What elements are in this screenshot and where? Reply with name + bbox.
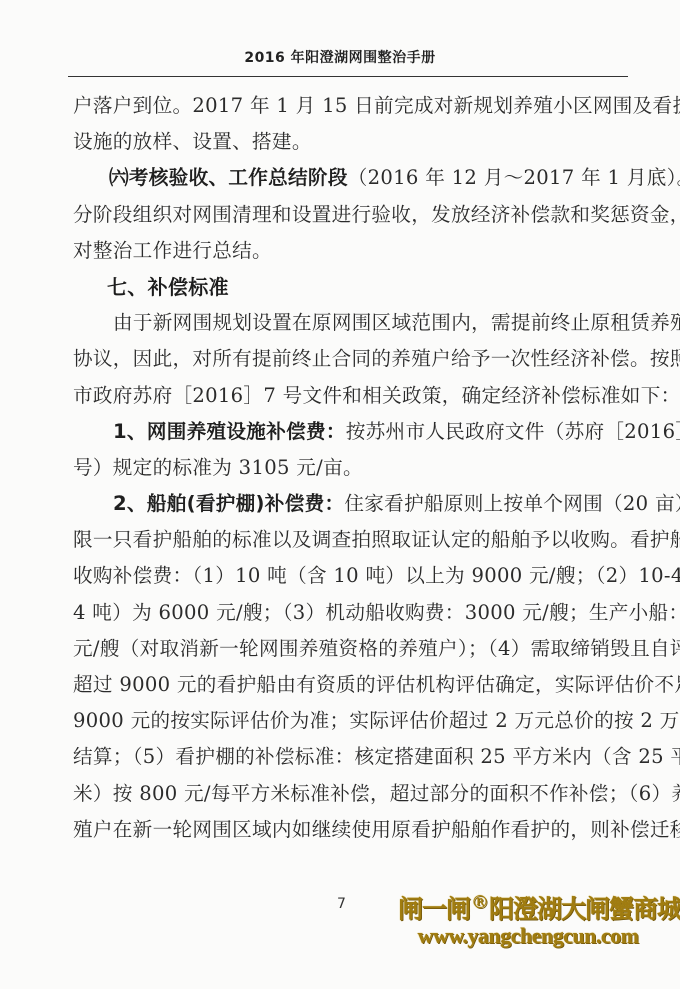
page-header-title: 2016 年阳澄湖网围整治手册 [0,47,680,67]
paragraph-line: 限一只看护船舶的标准以及调查拍照取证认定的船舶予以收购。看护船 [73,522,625,558]
line-text: 设施的放样、设置、搭建。 [73,130,312,153]
paragraph-line: 号）规定的标准为 3105 元/亩。 [73,450,625,486]
line-text: 限一只看护船舶的标准以及调查拍照取证认定的船舶予以收购。看护船 [73,528,680,551]
line-text: 4 吨）为 6000 元/艘；（3）机动船收购费：3000 元/艘；生产小船：2… [73,601,680,624]
line-text: 住家看护船原则上按单个网围（20 亩） [344,492,680,515]
watermark-brand-left: 闸一闸 [398,894,470,923]
line-text: 由于新网围规划设置在原网围区域范围内，需提前终止原租赁养殖 [113,311,680,334]
watermark-logo: 闸一闸®阳澄湖大闸蟹商城 www.yangchengcun.com [398,888,658,948]
line-text: 号）规定的标准为 3105 元/亩。 [73,456,363,479]
item-one-title: 1、网围养殖设施补偿费： [113,420,346,443]
line-text: （2016 年 12 月～2017 年 1 月底）。 [348,166,680,189]
paragraph-line: 殖户在新一轮网围区域内如继续使用原看护船舶作看护的，则补偿迁移 [73,812,625,848]
section-stage-six: ㈥考核验收、工作总结阶段（2016 年 12 月～2017 年 1 月底）。 [73,160,625,196]
section-heading-compensation: 七、补偿标准 [73,269,625,305]
paragraph-line: 超过 9000 元的看护船由有资质的评估机构评估确定，实际评估价不足 [73,667,625,703]
document-body: 户落户到位。2017 年 1 月 15 日前完成对新规划养殖小区网围及看护等 设… [73,88,625,848]
line-text: 分阶段组织对网围清理和设置进行验收，发放经济补偿款和奖惩资金， [73,203,680,226]
item-two-vessel-compensation: 2、船舶(看护棚)补偿费：住家看护船原则上按单个网围（20 亩） [73,486,625,522]
line-text: 超过 9000 元的看护船由有资质的评估机构评估确定，实际评估价不足 [73,673,680,696]
line-text: 结算；（5）看护棚的补偿标准：核定搭建面积 25 平方米内（含 25 平方 [73,745,680,768]
line-text: 协议，因此，对所有提前终止合同的养殖户给予一次性经济补偿。按照 [73,347,680,370]
line-text: 户落户到位。2017 年 1 月 15 日前完成对新规划养殖小区网围及看护等 [73,94,680,117]
paragraph-line: 设施的放样、设置、搭建。 [73,124,625,160]
page-number: 7 [337,896,346,912]
header-divider [68,76,628,77]
watermark-brand: 闸一闸®阳澄湖大闸蟹商城 [398,888,658,924]
line-text: 元/艘（对取消新一轮网围养殖资格的养殖户）；（4）需取缔销毁且自评 [73,637,680,660]
item-two-title: 2、船舶(看护棚)补偿费： [113,492,344,515]
stage-six-title: ㈥考核验收、工作总结阶段 [109,166,348,189]
line-text: 殖户在新一轮网围区域内如继续使用原看护船舶作看护的，则补偿迁移 [73,818,680,841]
paragraph-line: 协议，因此，对所有提前终止合同的养殖户给予一次性经济补偿。按照 [73,341,625,377]
line-text: 收购补偿费：（1）10 吨（含 10 吨）以上为 9000 元/艘；（2）10-… [73,564,680,587]
line-text: 按苏州市人民政府文件（苏府［2016］7 [346,420,680,443]
item-one-facility-compensation: 1、网围养殖设施补偿费：按苏州市人民政府文件（苏府［2016］7 [73,414,625,450]
paragraph-line: 市政府苏府［2016］7 号文件和相关政策，确定经济补偿标准如下： [73,378,625,414]
paragraph-line: 分阶段组织对网围清理和设置进行验收，发放经济补偿款和奖惩资金， [73,197,625,233]
line-text: 米）按 800 元/每平方米标准补偿，超过部分的面积不作补偿；（6）养 [73,782,680,805]
paragraph-line: 对整治工作进行总结。 [73,233,625,269]
paragraph-line: 由于新网围规划设置在原网围区域范围内，需提前终止原租赁养殖 [73,305,625,341]
watermark-brand-right: 阳澄湖大闸蟹商城 [489,894,680,923]
line-text: 9000 元的按实际评估价为准；实际评估价超过 2 万元总价的按 2 万元 [73,709,680,732]
line-text: 对整治工作进行总结。 [73,239,272,262]
watermark-url: www.yangchengcun.com [398,924,658,948]
paragraph-line: 结算；（5）看护棚的补偿标准：核定搭建面积 25 平方米内（含 25 平方 [73,739,625,775]
paragraph-line: 收购补偿费：（1）10 吨（含 10 吨）以上为 9000 元/艘；（2）10-… [73,558,625,594]
paragraph-line: 4 吨）为 6000 元/艘；（3）机动船收购费：3000 元/艘；生产小船：2… [73,595,625,631]
paragraph-line: 9000 元的按实际评估价为准；实际评估价超过 2 万元总价的按 2 万元 [73,703,625,739]
paragraph-line: 户落户到位。2017 年 1 月 15 日前完成对新规划养殖小区网围及看护等 [73,88,625,124]
paragraph-line: 米）按 800 元/每平方米标准补偿，超过部分的面积不作补偿；（6）养 [73,776,625,812]
registered-trademark-icon: ® [471,892,488,913]
line-text: 市政府苏府［2016］7 号文件和相关政策，确定经济补偿标准如下： [73,384,680,407]
paragraph-line: 元/艘（对取消新一轮网围养殖资格的养殖户）；（4）需取缔销毁且自评 [73,631,625,667]
